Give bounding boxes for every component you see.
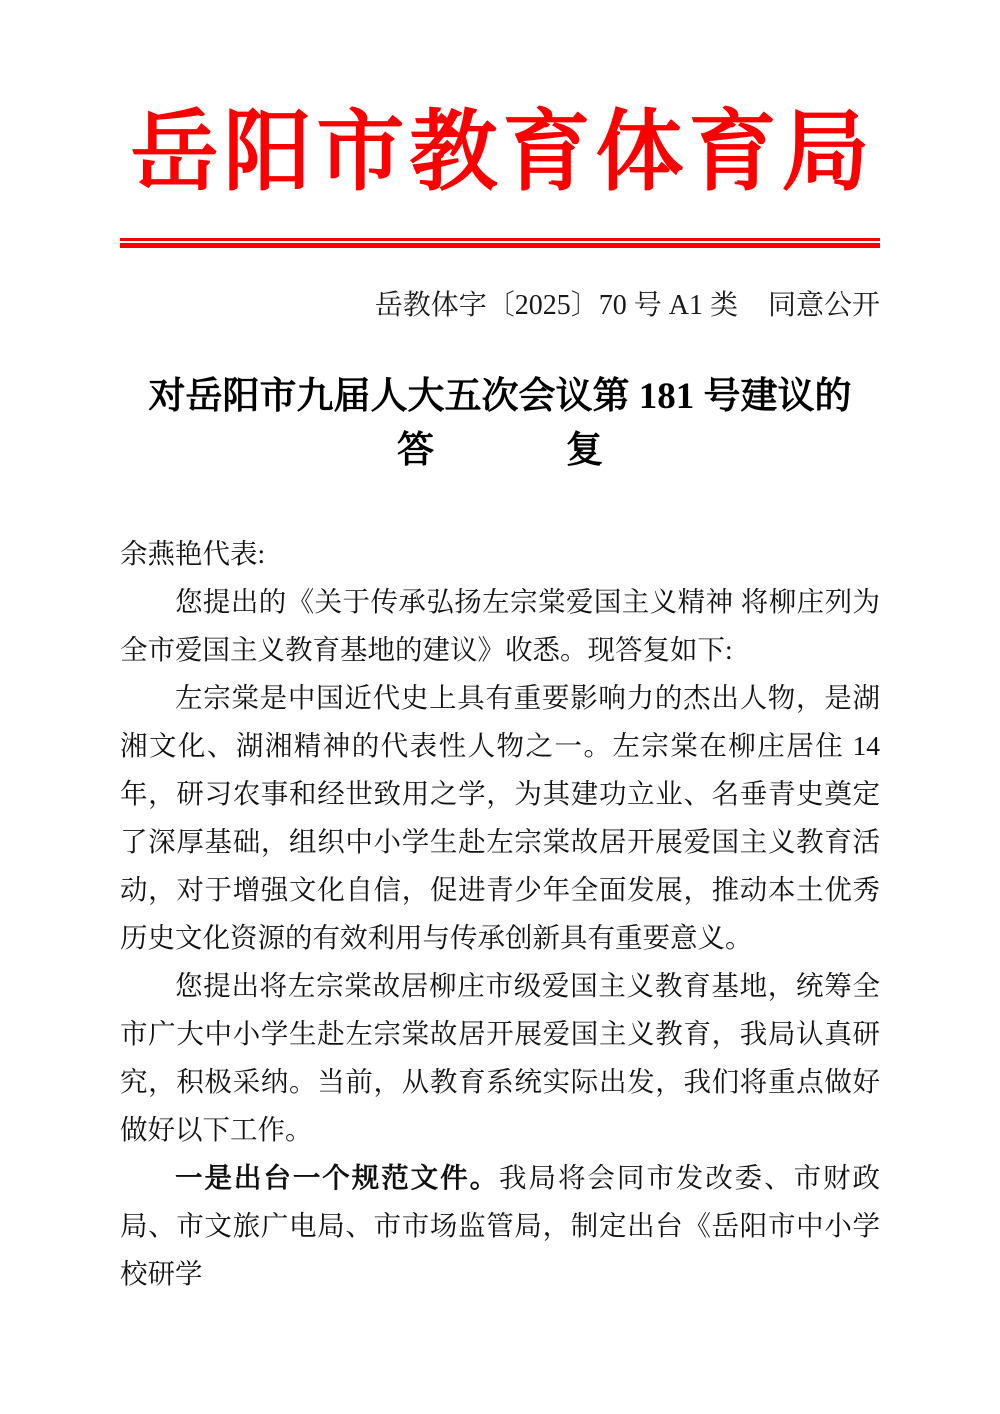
paragraph-proposal-received: 您提出的《关于传承弘扬左宗棠爱国主义精神 将柳庄列为全市爱国主义教育基地的建议》… xyxy=(120,578,880,674)
letterhead-org-name: 岳阳市教育体育局 xyxy=(120,110,880,198)
title-reply-char-left: 答 xyxy=(397,430,434,471)
salutation: 余燕艳代表: xyxy=(120,530,880,578)
disclosure-label: 同意公开 xyxy=(768,290,880,321)
letterhead: 岳阳市教育体育局 xyxy=(120,110,880,248)
paragraph-zuo-zongtang-background: 左宗棠是中国近代史上具有重要影响力的杰出人物，是湖湘文化、湖湘精神的代表性人物之… xyxy=(120,674,880,962)
paragraph-adoption-statement: 您提出将左宗棠故居柳庄市级爱国主义教育基地，统筹全市广大中小学生赴左宗棠故居开展… xyxy=(120,962,880,1154)
document-title-line1: 对岳阳市九届人大五次会议第 181 号建议的 xyxy=(120,370,880,424)
document-title: 对岳阳市九届人大五次会议第 181 号建议的 答复 xyxy=(120,370,880,478)
title-reply-char-right: 复 xyxy=(566,430,603,471)
letterhead-divider xyxy=(120,238,880,248)
document-page: 岳阳市教育体育局 岳教体字〔2025〕70 号 A1 类同意公开 对岳阳市九届人… xyxy=(0,0,1000,1414)
divider-thick-line xyxy=(120,243,880,248)
paragraph-lead-bold: 一是出台一个规范文件。 xyxy=(175,1162,499,1193)
doc-number: 岳教体字〔2025〕70 号 A1 类 xyxy=(375,290,738,321)
document-title-line2: 答复 xyxy=(120,424,880,478)
doc-number-line: 岳教体字〔2025〕70 号 A1 类同意公开 xyxy=(120,292,880,320)
document-body: 余燕艳代表: 您提出的《关于传承弘扬左宗棠爱国主义精神 将柳庄列为全市爱国主义教… xyxy=(120,530,880,1298)
paragraph-measure-one: 一是出台一个规范文件。我局将会同市发改委、市财政局、市文旅广电局、市市场监管局，… xyxy=(120,1154,880,1298)
